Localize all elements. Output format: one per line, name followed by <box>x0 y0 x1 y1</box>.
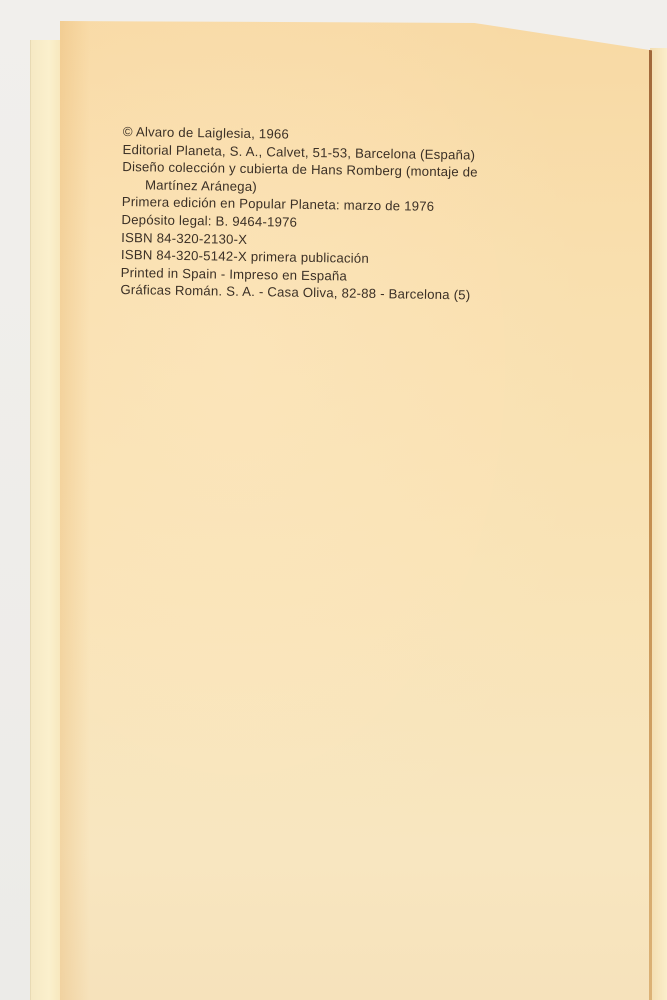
copyright-imprint: © Alvaro de Laiglesia, 1966 Editorial Pl… <box>120 123 593 306</box>
page-shadow <box>60 21 90 1000</box>
facing-page-edge <box>650 48 667 1000</box>
book-page: © Alvaro de Laiglesia, 1966 Editorial Pl… <box>60 21 652 1000</box>
